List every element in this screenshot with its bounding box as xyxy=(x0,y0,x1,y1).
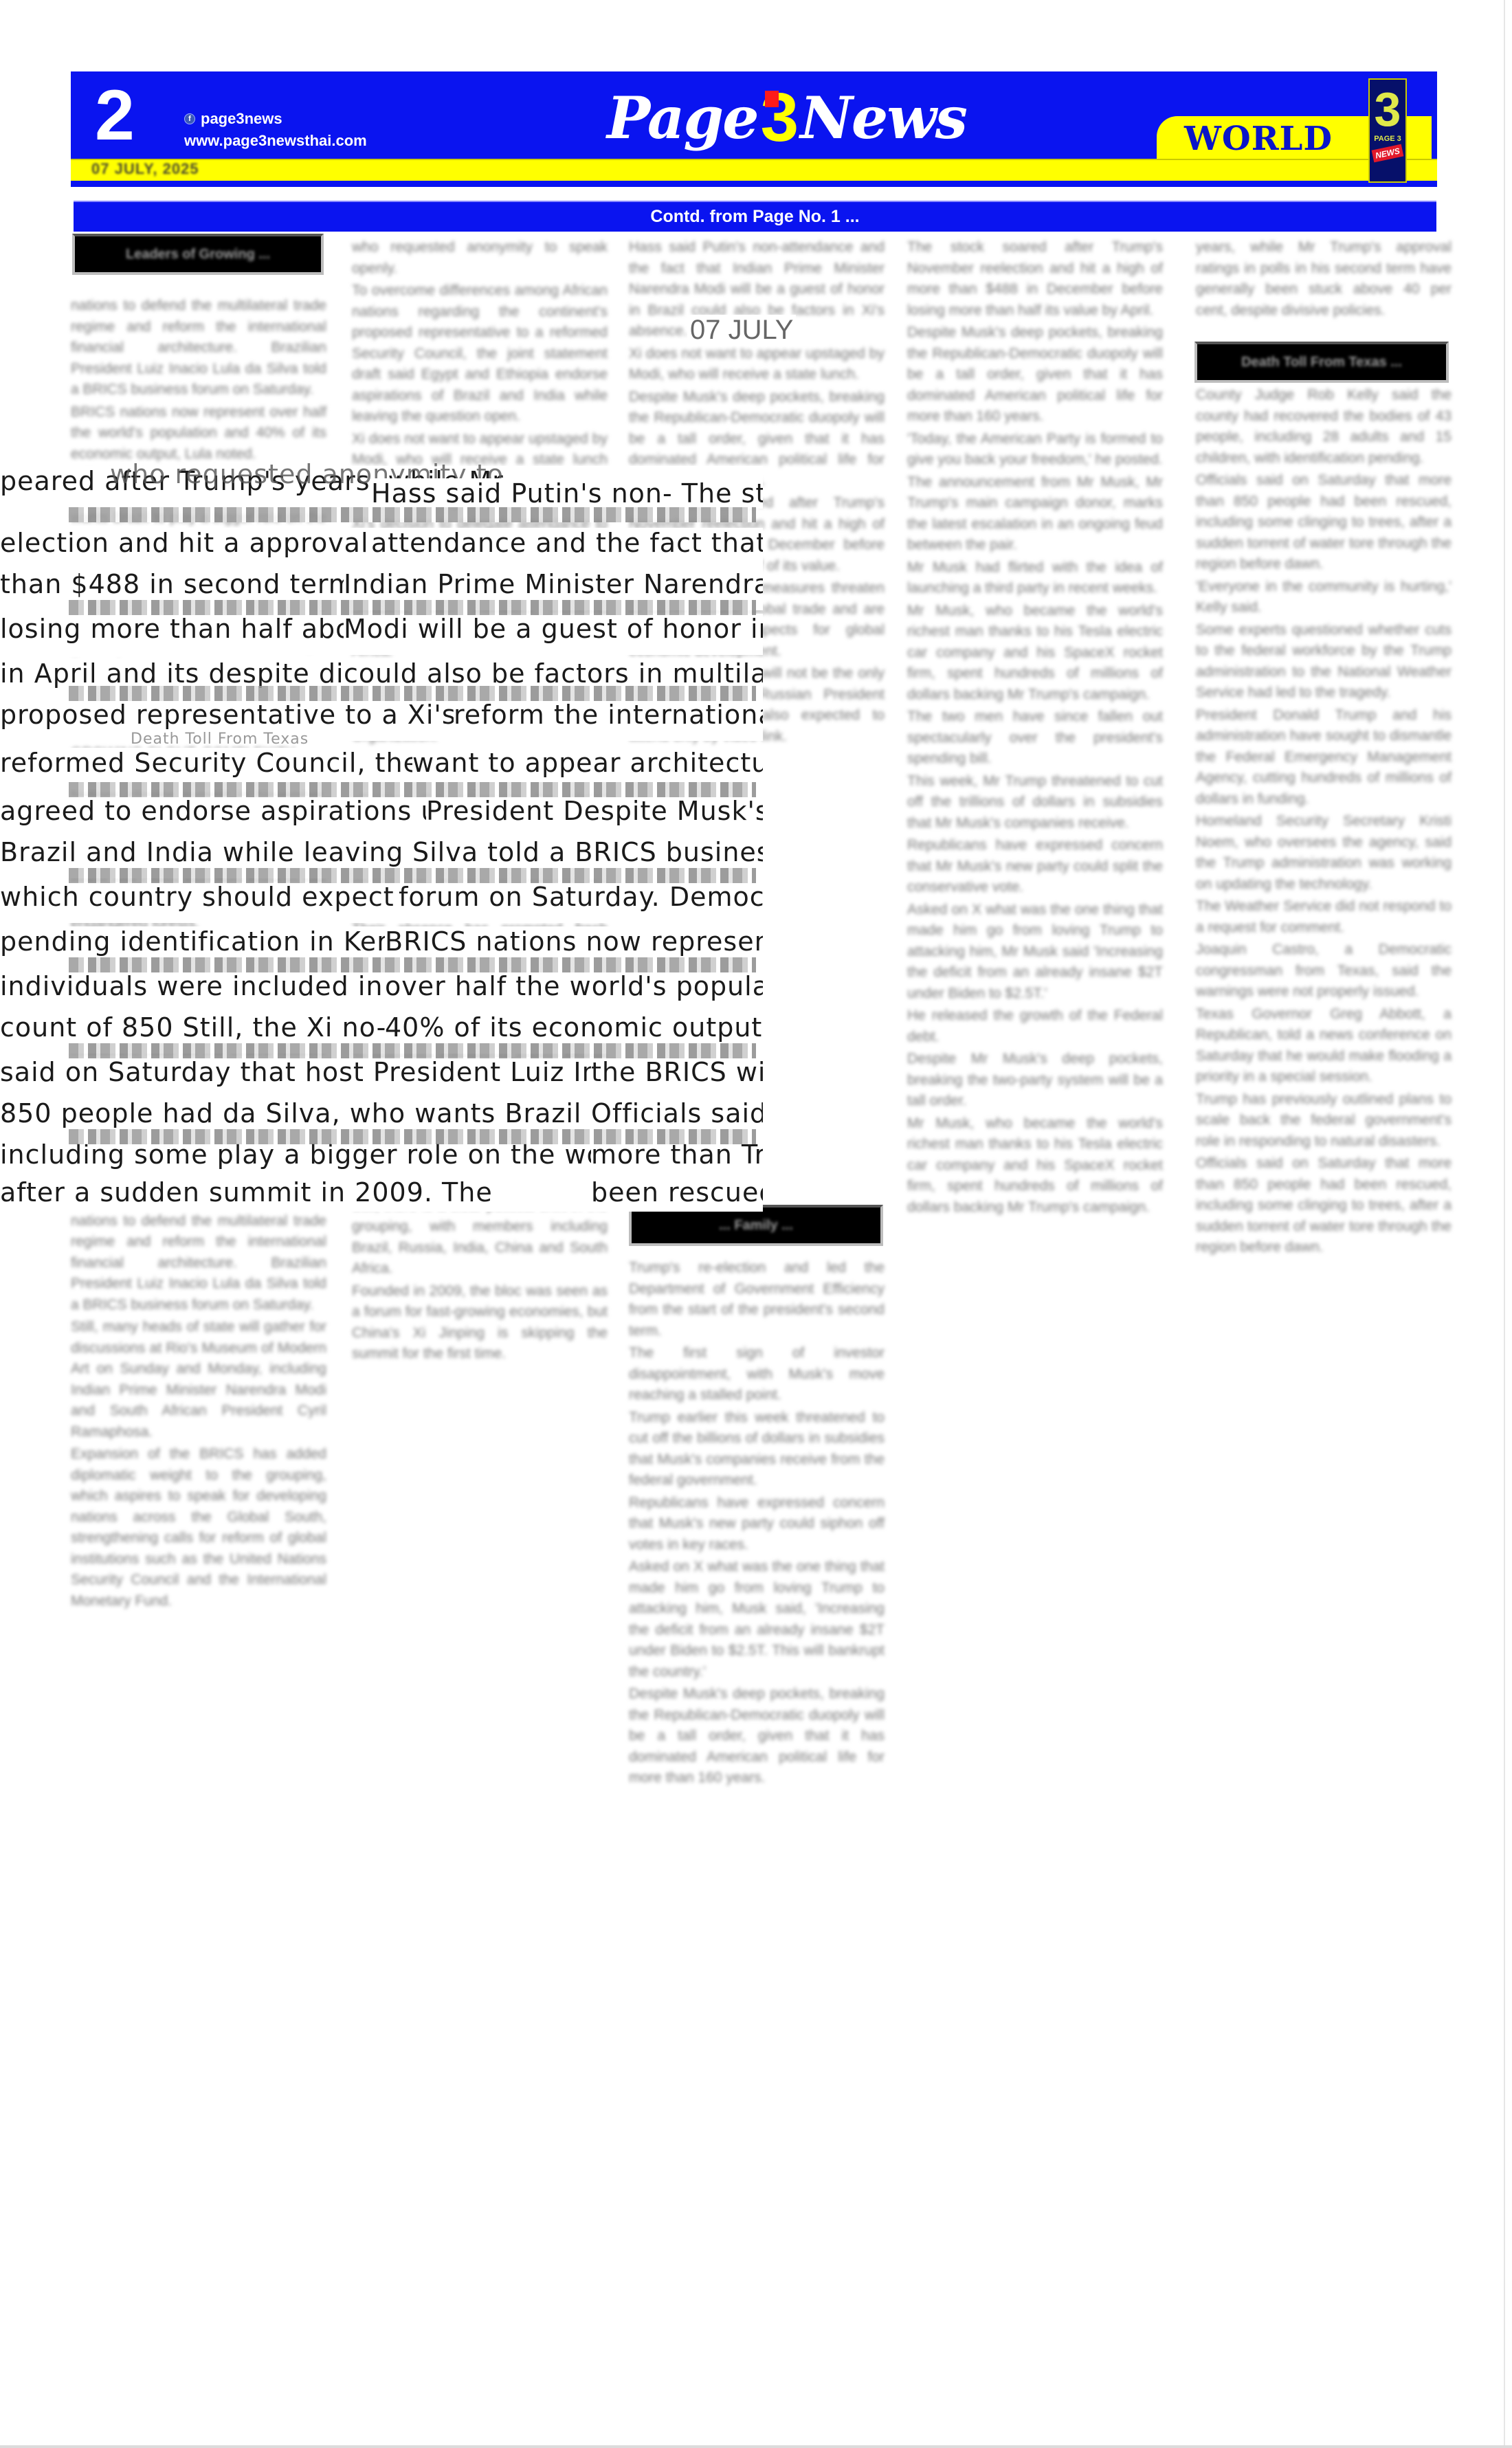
paragraph: nations to defend the multilateral trade… xyxy=(71,296,326,401)
paragraph: Despite Musk's deep pockets, breaking th… xyxy=(629,1684,885,1789)
paragraph: Officials said on Saturday that more tha… xyxy=(1196,1153,1452,1258)
paragraph: The announcement from Mr Musk, Mr Trump'… xyxy=(907,472,1163,556)
paragraph: Asked on X what was the one thing that m… xyxy=(907,900,1163,1005)
paragraph: nations to defend the multilateral trade… xyxy=(71,1211,326,1316)
paragraph: The first sign of investor disappointmen… xyxy=(629,1343,885,1406)
newspaper-page: 2 f page3news www.page3newsthai.com 07 J… xyxy=(0,0,1512,2448)
overlay-fragment: Silva told a BRICS business breaking the… xyxy=(412,837,763,867)
paragraph: Mr Musk, who became the world's richest … xyxy=(907,601,1163,706)
overlay-fragment: 40% of its economic output, life for mor… xyxy=(385,1012,763,1043)
paragraph: Despite Mr Musk's deep pockets, breaking… xyxy=(907,1049,1163,1112)
overlay-fragment: over half the world's population dominat… xyxy=(385,971,763,1001)
overlay-fragment: Hass said Putin's non- The stock xyxy=(371,478,763,509)
paragraph: This week, Mr Trump threatened to cut of… xyxy=(907,771,1163,834)
paragraph: years, while Mr Trump's approval ratings… xyxy=(1196,237,1452,321)
overlay-fragment: the BRICS will also the death xyxy=(591,1057,763,1087)
overlay-fragment: could also be factors in multilateral tr… xyxy=(344,658,763,689)
section-head-label: Leaders of Growing ... xyxy=(126,247,270,263)
paragraph: Expansion of the BRICS has added diploma… xyxy=(71,1444,326,1612)
facebook-link[interactable]: f page3news xyxy=(184,110,282,128)
badge-number: 3 xyxy=(1375,85,1401,133)
paragraph: He released the growth of the Federal de… xyxy=(907,1005,1163,1047)
paragraph: Joaquin Castro, a Democratic congressman… xyxy=(1196,939,1452,1003)
date-strip xyxy=(71,159,1437,181)
page-bottom-edge xyxy=(0,2445,1512,2448)
section-head-death-toll: Death Toll From Texas ... xyxy=(1194,342,1449,383)
paragraph: Asked on X what was the one thing that m… xyxy=(629,1557,885,1682)
overlay-fragment: Death Toll From Texas xyxy=(131,731,309,748)
paragraph: Texas Governor Greg Abbott, a Republican… xyxy=(1196,1004,1452,1088)
overlay-fragment: forum on Saturday. Democratic duopoly wi… xyxy=(399,882,763,912)
paragraph: The two men have since fallen out specta… xyxy=(907,706,1163,770)
paragraph: Officials said on Saturday that more tha… xyxy=(1196,470,1452,575)
paragraph: To overcome differences among African na… xyxy=(352,280,608,427)
paragraph: Republicans have expressed concern that … xyxy=(907,835,1163,898)
section-head-label: ... Family ... xyxy=(719,1218,793,1234)
masthead: 2 f page3news www.page3newsthai.com 07 J… xyxy=(71,71,1437,187)
paragraph: Homeland Security Secretary Kristi Noem,… xyxy=(1196,811,1452,895)
article-column-5: County Judge Rob Kelly said the county h… xyxy=(1196,385,1452,1260)
paragraph: 'Everyone in the community is hurting,' … xyxy=(1196,577,1452,619)
logo-text-news: News xyxy=(800,84,966,152)
paragraph: Republicans have expressed concern that … xyxy=(629,1493,885,1556)
logo-number: 3 xyxy=(761,78,798,157)
page-edge xyxy=(1504,0,1505,2448)
overlay-fragment: President Despite Musk's deep pockets xyxy=(426,796,763,826)
paragraph: BRICS nations now represent over half th… xyxy=(71,402,326,465)
section-head-leaders-of-growing: Leaders of Growing ... xyxy=(72,234,324,275)
facebook-icon: f xyxy=(184,113,195,124)
paragraph: Despite Musk's deep pockets, breaking th… xyxy=(907,322,1163,427)
overlay-fragment: Indian Prime Minister Narendra high of m… xyxy=(344,569,763,599)
newspaper-logo: Page 3 News xyxy=(607,80,966,155)
paragraph: Mr Musk, who became the world's richest … xyxy=(907,1113,1163,1219)
website-link[interactable]: www.page3newsthai.com xyxy=(184,132,367,150)
paragraph: President Donald Trump and his administr… xyxy=(1196,705,1452,810)
overlay-fragment: attendance and the fact that November xyxy=(371,528,763,558)
section-label: WORLD xyxy=(1184,118,1333,159)
page3-badge-logo: 3 PAGE 3 NEWS xyxy=(1368,78,1407,183)
paragraph: 'Today, the American Party is formed to … xyxy=(907,429,1163,471)
facebook-handle: page3news xyxy=(201,110,282,128)
paragraph: County Judge Rob Kelly said the county h… xyxy=(1196,385,1452,469)
date-stamp-overlay: 07 JULY xyxy=(687,315,796,346)
overlay-fragment: want to appear architecture, $315.35. Br… xyxy=(412,748,763,778)
continued-banner: Contd. from Page No. 1 ... xyxy=(74,201,1436,232)
logo-text-page: Page xyxy=(607,84,758,152)
paragraph: Some experts questioned whether cuts to … xyxy=(1196,620,1452,704)
paragraph: The Weather Service did not respond to a… xyxy=(1196,896,1452,938)
paragraph: Founded in 2009, the bloc was seen as a … xyxy=(352,1281,608,1365)
paragraph: The stock soared after Trump's November … xyxy=(907,237,1163,321)
masthead-bottom-rule xyxy=(71,181,1437,187)
overlay-fragment: Officials said their thinly veiled xyxy=(591,1098,763,1128)
paragraph: who requested anonymity to speak openly. xyxy=(352,237,608,279)
overlay-fragment: BRICS nations now represent order, given… xyxy=(385,926,763,957)
overlay-fragment: 850 people had da Silva, who wants Brazi… xyxy=(0,1098,691,1128)
glitch-text-overlay: peared after Trump's years, while Mr who… xyxy=(0,459,763,1212)
badge-news-text: NEWS xyxy=(1372,144,1404,163)
article-column-3-bottom: Trump's re-election and led the Departme… xyxy=(629,1258,885,1790)
paragraph: Xi does not want to appear upstaged by M… xyxy=(629,344,885,386)
badge-page-text: PAGE 3 xyxy=(1374,135,1401,143)
paragraph: Mr Musk had flirted with the idea of lau… xyxy=(907,557,1163,599)
section-head-label: Death Toll From Texas ... xyxy=(1241,355,1402,370)
overlay-fragment: reform the international financial closi… xyxy=(454,700,763,730)
overlay-fragment: after a sudden summit in 2009. The xyxy=(0,1177,493,1208)
paragraph: Trump has previously outlined plans to s… xyxy=(1196,1089,1452,1153)
overlay-fragment: Modi will be a guest of honor in Decembe… xyxy=(344,614,763,644)
overlay-fragment: been rescued, ministerial meeting, xyxy=(591,1177,763,1208)
paragraph: Trump's re-election and led the Departme… xyxy=(629,1258,885,1342)
article-column-4: The stock soared after Trump's November … xyxy=(907,237,1163,1219)
page-number: 2 xyxy=(95,80,135,151)
paragraph: Still, many heads of state will gather f… xyxy=(71,1317,326,1443)
paragraph: Trump earlier this week threatened to cu… xyxy=(629,1407,885,1491)
article-column-5-top: years, while Mr Trump's approval ratings… xyxy=(1196,237,1452,322)
issue-date: 07 JULY, 2025 xyxy=(91,159,199,179)
